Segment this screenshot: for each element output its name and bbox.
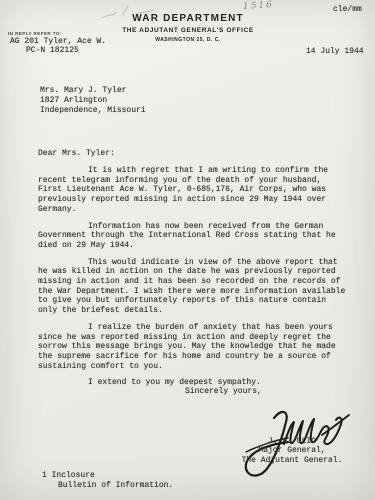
paragraph-3: This would indicate in view of the above… — [38, 258, 349, 316]
signature-name: J. A. ULIO — [228, 437, 356, 446]
enclosure-count: 1 Inclosure — [42, 471, 95, 481]
recipient-street: 1827 Arlington — [40, 96, 107, 106]
signature-block: J. A. ULIO Major General, The Adjutant G… — [228, 437, 356, 465]
scanned-letter-page: 1516 cle/mm WAR DEPARTMENT THE ADJUTANT … — [0, 0, 375, 500]
recipient-city: Independence, Missouri — [40, 106, 146, 116]
salutation: Dear Mrs. Tyler: — [38, 149, 115, 159]
paragraph-4: I realize the burden of anxiety that has… — [38, 323, 349, 372]
signature-rank: Major General, — [228, 446, 356, 455]
paragraph-1: It is with regret that I am writing to c… — [38, 166, 349, 215]
reference-label: IN REPLY REFER TO: — [8, 31, 62, 36]
handwritten-note: 1516 — [243, 0, 275, 12]
letter-body: It is with regret that I am writing to c… — [38, 166, 349, 395]
letterhead-office: THE ADJUTANT GENERAL'S OFFICE — [93, 27, 283, 34]
letterhead: WAR DEPARTMENT THE ADJUTANT GENERAL'S OF… — [93, 13, 283, 43]
paragraph-2: Information has now been received from t… — [38, 222, 349, 251]
letterhead-department: WAR DEPARTMENT — [93, 13, 283, 24]
letterhead-city: WASHINGTON 25, D. C. — [93, 37, 283, 43]
reference-line2: PC-N 182125 — [26, 46, 79, 56]
closing: Sincerely yours, — [185, 387, 262, 397]
recipient-name: Mrs. Mary J. Tyler — [40, 86, 126, 96]
signature-title: The Adjutant General. — [228, 456, 356, 465]
letter-date: 14 July 1944 — [306, 47, 364, 57]
typist-initials: cle/mm — [333, 5, 362, 15]
enclosure-title: Bulletin of Information. — [58, 481, 173, 491]
